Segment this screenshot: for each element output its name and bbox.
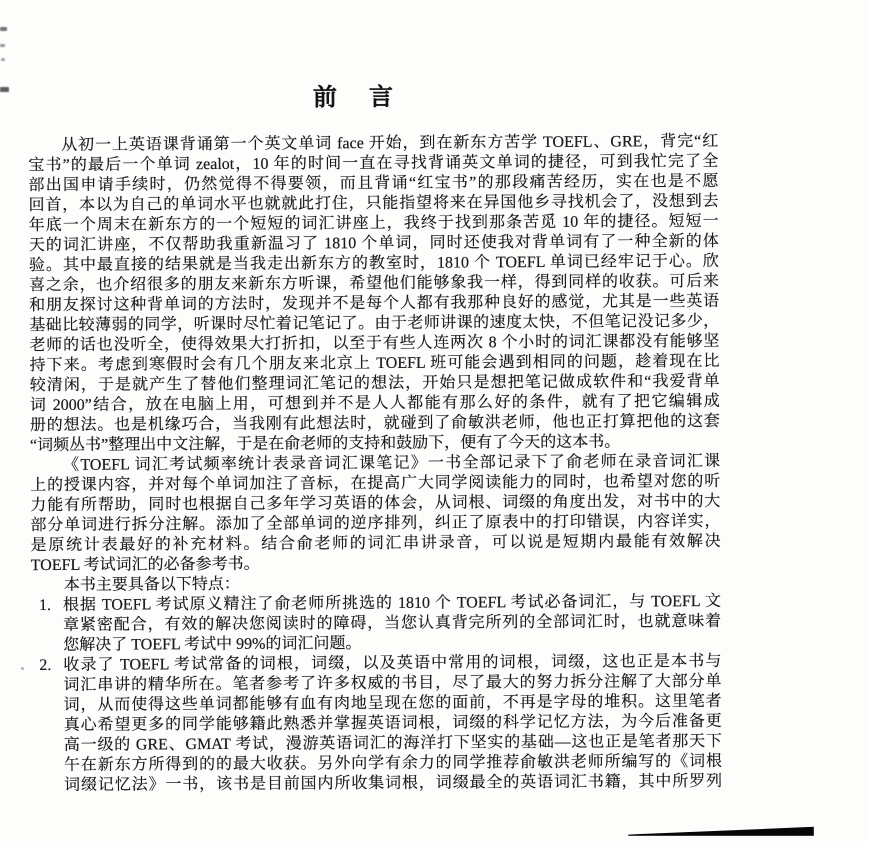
preface-text: 从初一上英语课背诵第一个英文单词 face 开始，到在新东方苦学 TOEFL、G… xyxy=(28,132,722,796)
list-marker: 2. xyxy=(39,656,51,676)
paragraph-2: 《TOEFL 词汇考试频率统计表录音词汇课笔记》一书全部记录下了俞老师在录音词汇… xyxy=(30,452,721,576)
text-line: 章紧密配合，有效的解决您阅读时的障碍，当您认真背完所列的全部词汇时，也就意味着 xyxy=(63,612,721,636)
scan-speck xyxy=(21,667,24,670)
text-line: 词缀记忆法》一书，该书是目前国内所收集词根，词缀最全的英语词汇书籍，其中所罗列 xyxy=(64,772,722,796)
document-body: 前 言 从初一上英语课背诵第一个英文单词 face 开始，到在新东方苦学 TOE… xyxy=(28,82,722,796)
scan-smudge xyxy=(0,87,9,92)
feature-item-2: 2. 收录了 TOEFL 考试常备的词根，词缀，以及英语中常用的词根，词缀，这也… xyxy=(31,652,722,796)
text-line: 是原统计表最好的补充材料。结合俞老师的词汇串讲录音，可以说是短期内最能有效解决 xyxy=(31,532,721,556)
scan-smudge xyxy=(0,44,5,47)
page-title: 前 言 xyxy=(10,82,700,114)
scanned-page: 前 言 从初一上英语课背诵第一个英文单词 face 开始，到在新东方苦学 TOE… xyxy=(0,0,870,842)
scan-edge-shadow xyxy=(628,826,814,836)
feature-item-1: 1. 根据 TOEFL 考试原义精注了俞老师所挑选的 1810 个 TOEFL … xyxy=(31,592,721,656)
paragraph-1: 从初一上英语课背诵第一个英文单词 face 开始，到在新东方苦学 TOEFL、G… xyxy=(28,132,720,456)
scan-smudge xyxy=(0,27,7,31)
scan-smudge xyxy=(1,58,5,61)
list-marker: 1. xyxy=(39,596,51,616)
